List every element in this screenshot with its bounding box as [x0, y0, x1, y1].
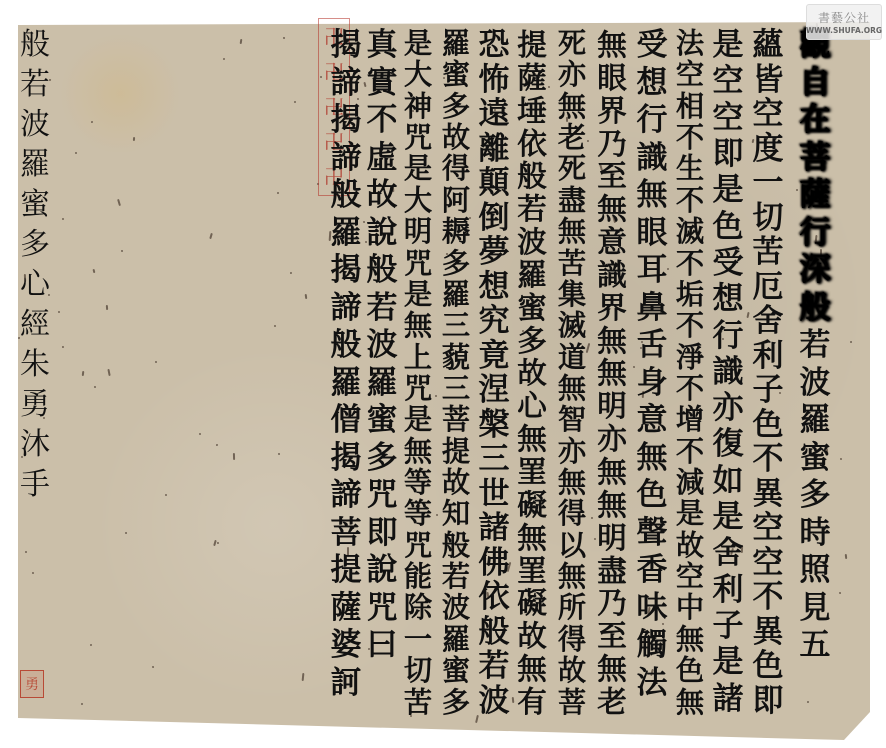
sutra-character: 菩 — [442, 406, 470, 437]
sutra-character: 子 — [753, 375, 784, 410]
paper-fleck — [290, 272, 292, 274]
sutra-character: 盡 — [558, 187, 586, 218]
sutra-character: 利 — [753, 341, 784, 376]
sutra-character: 諦 — [331, 68, 362, 106]
sutra-column: 死亦無老死盡無苦集滅道無智亦無得以無所得故菩 — [554, 30, 590, 720]
sutra-character: 恐 — [479, 30, 510, 65]
sutra-character: 厄 — [753, 272, 784, 307]
sutra-character: 中 — [676, 594, 704, 625]
sutra-character: 色 — [713, 212, 744, 248]
paper-fleck — [152, 666, 154, 668]
sutra-character: 多 — [517, 326, 547, 359]
sutra-character: 乃 — [597, 129, 627, 162]
sutra-character: 眼 — [637, 218, 668, 256]
sutra-character: 是 — [713, 502, 744, 538]
sutra-character: 波 — [800, 368, 831, 406]
sutra-character: 行 — [713, 321, 744, 357]
sutra-character: 咒 — [404, 124, 432, 155]
sutra-character: 菩 — [558, 689, 586, 720]
sutra-character: 即 — [367, 518, 398, 556]
sutra-character: 深 — [800, 255, 831, 293]
sutra-character: 多 — [442, 93, 470, 124]
sutra-character: 說 — [367, 218, 398, 256]
sutra-character: 真 — [367, 30, 398, 68]
sutra-character: 皆 — [753, 65, 784, 100]
paper-fleck — [81, 703, 83, 705]
watermark: 書藝公社 WWW.SHUFA.ORG — [806, 4, 882, 40]
sutra-character: 不 — [676, 124, 704, 155]
paper-fleck — [82, 371, 85, 377]
sutra-character: 色 — [676, 657, 704, 688]
signature-character: 手 — [20, 470, 50, 510]
sutra-character: 般 — [367, 255, 398, 293]
sutra-character: 大 — [404, 187, 432, 218]
sutra-column: 蘊皆空度一切苦厄舍利子色不異空空不異色即 — [750, 30, 786, 720]
signature-character: 沐 — [20, 430, 50, 470]
sutra-character: 礙 — [517, 490, 547, 523]
paper-fleck — [278, 453, 281, 456]
sutra-character: 法 — [676, 30, 704, 61]
sutra-character: 利 — [713, 575, 744, 611]
sutra-character: 菩 — [331, 518, 362, 556]
sutra-character: 死 — [558, 155, 586, 186]
sutra-character: 三 — [442, 375, 470, 406]
paper-fleck — [217, 542, 219, 544]
paper-fleck — [282, 37, 285, 40]
sutra-character: 受 — [637, 30, 668, 68]
sutra-character: 咒 — [404, 532, 432, 563]
sutra-character: 阿 — [442, 187, 470, 218]
sutra-character: 諦 — [331, 293, 362, 331]
sutra-character: 苦 — [404, 689, 432, 720]
sutra-character: 故 — [558, 657, 586, 688]
sutra-column: 真實不虛故說般若波羅蜜多咒即說咒曰 — [364, 30, 400, 668]
sutra-character: 空 — [753, 548, 784, 583]
sutra-character: 般 — [331, 180, 362, 218]
sutra-character: 無 — [404, 312, 432, 343]
sutra-character: 滅 — [558, 312, 586, 343]
sutra-character: 離 — [479, 134, 510, 169]
sutra-character: 咒 — [367, 480, 398, 518]
sutra-character: 是 — [404, 406, 432, 437]
sutra-character: 見 — [800, 593, 831, 631]
sutra-character: 亦 — [713, 393, 744, 429]
paper-fleck — [75, 152, 77, 154]
sutra-character: 多 — [442, 689, 470, 720]
sutra-column: 恐怖遠離顛倒夢想究竟涅槃三世諸佛依般若波 — [476, 30, 512, 720]
paper-fleck — [125, 532, 127, 534]
sutra-character: 不 — [676, 312, 704, 343]
sutra-character: 藐 — [442, 344, 470, 375]
sutra-character: 礙 — [517, 588, 547, 621]
sutra-character: 無 — [404, 438, 432, 469]
sutra-character: 多 — [800, 480, 831, 518]
sutra-column: 提薩埵依般若波羅蜜多故心無罣礙無罣礙故無有 — [514, 30, 550, 720]
paper-fleck — [91, 121, 93, 123]
sutra-character: 是 — [713, 30, 744, 66]
sutra-character: 眼 — [597, 63, 627, 96]
sutra-character: 無 — [558, 218, 586, 249]
sutra-character: 羅 — [331, 218, 362, 256]
sutra-character: 三 — [442, 312, 470, 343]
sutra-character: 空 — [753, 99, 784, 134]
sutra-character: 等 — [404, 500, 432, 531]
sutra-character: 盡 — [597, 556, 627, 589]
sutra-character: 想 — [479, 272, 510, 307]
sutra-character: 故 — [517, 358, 547, 391]
sutra-character: 亦 — [597, 424, 627, 457]
paper-fleck — [277, 192, 279, 194]
sutra-character: 色 — [753, 410, 784, 445]
sutra-character: 復 — [713, 429, 744, 465]
sutra-character: 無 — [597, 326, 627, 359]
sutra-character: 是 — [404, 30, 432, 61]
paper-fleck — [96, 22, 98, 24]
title-character: 多 — [20, 230, 50, 270]
title-character: 若 — [20, 70, 50, 110]
sutra-character: 行 — [800, 218, 831, 256]
sutra-character: 曰 — [367, 630, 398, 668]
paper-fleck — [240, 39, 243, 44]
paper-fleck — [839, 592, 841, 594]
sutra-character: 諸 — [713, 684, 744, 720]
sutra-character: 揭 — [331, 30, 362, 68]
sutra-character: 究 — [479, 306, 510, 341]
sutra-character: 增 — [676, 406, 704, 437]
sutra-character: 般 — [479, 617, 510, 652]
sutra-character: 不 — [367, 105, 398, 143]
paper-fleck — [62, 218, 64, 220]
sutra-character: 蜜 — [442, 61, 470, 92]
sutra-character: 色 — [637, 480, 668, 518]
sutra-character: 照 — [800, 555, 831, 593]
sutra-character: 是 — [713, 175, 744, 211]
signature-character: 朱 — [20, 350, 50, 390]
sutra-character: 一 — [404, 626, 432, 657]
sutra-character: 無 — [558, 93, 586, 124]
sutra-character: 舌 — [637, 330, 668, 368]
sutra-character: 大 — [404, 61, 432, 92]
paper-fleck — [93, 269, 96, 274]
sutra-character: 死 — [558, 30, 586, 61]
paper-fleck — [133, 137, 135, 141]
paper-fleck — [62, 346, 64, 348]
sutra-character: 世 — [479, 479, 510, 514]
sutra-character: 婆 — [331, 630, 362, 668]
sutra-character: 無 — [517, 424, 547, 457]
sutra-character: 羅 — [442, 30, 470, 61]
sutra-character: 香 — [637, 555, 668, 593]
sutra-character: 般 — [517, 161, 547, 194]
sutra-character: 故 — [442, 124, 470, 155]
sutra-column: 揭諦揭諦般羅揭諦般羅僧揭諦菩提薩婆訶 — [328, 30, 364, 705]
sutra-character: 若 — [479, 651, 510, 686]
sutra-character: 即 — [753, 686, 784, 721]
sutra-character: 有 — [517, 687, 547, 720]
sutra-character: 咒 — [367, 593, 398, 631]
sutra-character: 故 — [442, 469, 470, 500]
sutra-character: 淨 — [676, 344, 704, 375]
sutra-character: 亦 — [558, 438, 586, 469]
sutra-character: 得 — [558, 626, 586, 657]
sutra-character: 明 — [597, 523, 627, 556]
sutra-character: 減 — [676, 469, 704, 500]
sutra-character: 觸 — [637, 630, 668, 668]
sutra-character: 識 — [637, 143, 668, 181]
sutra-character: 羅 — [442, 626, 470, 657]
paper-fleck — [216, 444, 218, 446]
sutra-character: 時 — [800, 518, 831, 556]
sutra-character: 識 — [597, 260, 627, 293]
sutra-character: 菩 — [800, 143, 831, 181]
sutra-character: 自 — [800, 68, 831, 106]
paper-fleck — [233, 453, 235, 460]
sutra-character: 受 — [713, 248, 744, 284]
sutra-character: 無 — [558, 469, 586, 500]
sutra-character: 以 — [558, 532, 586, 563]
sutra-character: 老 — [558, 124, 586, 155]
sutra-character: 是 — [404, 281, 432, 312]
paper-fleck — [199, 432, 201, 434]
paper-fleck — [25, 551, 27, 553]
paper-fleck — [107, 369, 110, 376]
sutra-character: 滅 — [676, 218, 704, 249]
sutra-character: 無 — [597, 358, 627, 391]
sutra-character: 無 — [597, 30, 627, 63]
sutra-character: 即 — [713, 139, 744, 175]
sutra-character: 至 — [597, 621, 627, 654]
sutra-column: 受想行識無眼耳鼻舌身意無色聲香味觸法 — [634, 30, 670, 705]
sutra-character: 不 — [753, 444, 784, 479]
sutra-character: 空 — [676, 61, 704, 92]
sutra-character: 故 — [676, 532, 704, 563]
sutra-character: 若 — [800, 330, 831, 368]
sutra-character: 僧 — [331, 405, 362, 443]
sutra-character: 故 — [517, 621, 547, 654]
sutra-character: 無 — [597, 490, 627, 523]
sutra-character: 耨 — [442, 218, 470, 249]
sutra-character: 智 — [558, 406, 586, 437]
sutra-character: 想 — [637, 68, 668, 106]
sutra-character: 空 — [753, 513, 784, 548]
sutra-character: 諦 — [331, 143, 362, 181]
paper-fleck — [90, 644, 92, 646]
sutra-character: 無 — [597, 457, 627, 490]
paper-fleck — [32, 572, 34, 574]
sutra-character: 不 — [676, 438, 704, 469]
sutra-character: 咒 — [404, 250, 432, 281]
sutra-character: 意 — [597, 227, 627, 260]
paper-fleck — [223, 58, 225, 60]
sutra-character: 一 — [753, 168, 784, 203]
sutra-character: 提 — [442, 438, 470, 469]
sutra-character: 三 — [479, 444, 510, 479]
paper-fleck — [294, 101, 296, 103]
title-signature-column: 般若波羅蜜多心經朱勇沐手 — [18, 30, 52, 510]
sutra-character: 若 — [517, 194, 547, 227]
sutra-character: 切 — [404, 657, 432, 688]
sutra-character: 聲 — [637, 518, 668, 556]
sutra-character: 羅 — [367, 368, 398, 406]
sutra-character: 得 — [442, 155, 470, 186]
artist-seal: 勇 — [20, 670, 44, 698]
sutra-character: 訶 — [331, 668, 362, 706]
sutra-character: 不 — [676, 375, 704, 406]
sutra-column: 無眼界乃至無意識界無無明亦無無明盡乃至無老 — [594, 30, 630, 720]
sutra-character: 苦 — [558, 250, 586, 281]
sutra-character: 竟 — [479, 341, 510, 376]
sutra-character: 多 — [367, 443, 398, 481]
sutra-character: 想 — [713, 284, 744, 320]
paper-fleck — [845, 554, 848, 559]
title-character: 蜜 — [20, 190, 50, 230]
watermark-chinese: 書藝公社 — [818, 9, 870, 26]
sutra-character: 界 — [597, 293, 627, 326]
watermark-url: WWW.SHUFA.ORG — [806, 26, 882, 35]
sutra-character: 虛 — [367, 143, 398, 181]
sutra-character: 無 — [558, 563, 586, 594]
sutra-character: 舍 — [753, 306, 784, 341]
sutra-character: 得 — [558, 500, 586, 531]
paper-fleck — [304, 294, 307, 300]
sutra-character: 無 — [597, 654, 627, 687]
sutra-column: 法空相不生不滅不垢不淨不增不減是故空中無色無 — [672, 30, 708, 720]
sutra-character: 是 — [676, 500, 704, 531]
sutra-column: 是空空即是色受想行識亦復如是舍利子是諸 — [710, 30, 746, 720]
sutra-column: 觀自在菩薩行深般若波羅蜜多時照見五 — [797, 30, 833, 668]
sutra-character: 在 — [800, 105, 831, 143]
sutra-character: 苦 — [753, 237, 784, 272]
sutra-column: 是大神咒是大明咒是無上咒是無等等咒能除一切苦 — [400, 30, 436, 720]
sutra-character: 怖 — [479, 65, 510, 100]
sutra-character: 蜜 — [800, 443, 831, 481]
paper-fleck — [590, 517, 593, 520]
sutra-character: 如 — [713, 466, 744, 502]
paper-fleck — [106, 305, 108, 310]
sutra-character: 法 — [637, 668, 668, 706]
sutra-character: 界 — [597, 96, 627, 129]
sutra-character: 垢 — [676, 281, 704, 312]
sutra-character: 是 — [404, 155, 432, 186]
sutra-character: 上 — [404, 344, 432, 375]
sutra-character: 無 — [676, 689, 704, 720]
sutra-character: 咒 — [404, 375, 432, 406]
signature-character: 勇 — [20, 390, 50, 430]
sutra-character: 佛 — [479, 548, 510, 583]
sutra-character: 多 — [442, 250, 470, 281]
paper-fleck — [274, 325, 276, 327]
sutra-character: 波 — [442, 594, 470, 625]
sutra-character: 埵 — [517, 96, 547, 129]
sutra-character: 依 — [479, 582, 510, 617]
sutra-character: 無 — [676, 626, 704, 657]
sutra-column: 羅蜜多故得阿耨多羅三藐三菩提故知般若波羅蜜多 — [438, 30, 474, 720]
sutra-character: 空 — [713, 66, 744, 102]
sutra-character: 無 — [637, 443, 668, 481]
sutra-character: 槃 — [479, 410, 510, 445]
paper-fleck — [807, 701, 809, 703]
title-character: 般 — [20, 30, 50, 70]
paper-fleck — [120, 250, 123, 253]
paper-fleck — [213, 540, 217, 546]
sutra-character: 薩 — [517, 63, 547, 96]
sutra-character: 至 — [597, 161, 627, 194]
title-character: 經 — [20, 310, 50, 350]
sutra-character: 空 — [713, 103, 744, 139]
sutra-character: 羅 — [800, 405, 831, 443]
sutra-character: 無 — [517, 654, 547, 687]
sutra-character: 涅 — [479, 375, 510, 410]
paper-fleck — [165, 494, 167, 496]
sutra-character: 不 — [676, 187, 704, 218]
paper-fleck — [58, 310, 60, 312]
sutra-character: 異 — [753, 617, 784, 652]
sutra-character: 羅 — [517, 260, 547, 293]
sutra-character: 薩 — [800, 180, 831, 218]
sutra-character: 揭 — [331, 443, 362, 481]
sutra-character: 知 — [442, 500, 470, 531]
paper-fleck — [301, 673, 304, 681]
sutra-character: 身 — [637, 368, 668, 406]
sutra-character: 提 — [331, 555, 362, 593]
sutra-character: 切 — [753, 203, 784, 238]
sutra-character: 揭 — [331, 255, 362, 293]
sutra-character: 般 — [331, 330, 362, 368]
sutra-character: 羅 — [331, 368, 362, 406]
sutra-character: 蜜 — [517, 293, 547, 326]
sutra-character: 無 — [558, 375, 586, 406]
sutra-character: 老 — [597, 687, 627, 720]
sutra-character: 子 — [713, 611, 744, 647]
sutra-character: 諦 — [331, 480, 362, 518]
sutra-character: 罣 — [517, 556, 547, 589]
title-character: 波 — [20, 110, 50, 150]
sutra-character: 五 — [800, 630, 831, 668]
title-character: 羅 — [20, 150, 50, 190]
sutra-character: 空 — [676, 563, 704, 594]
sutra-character: 鼻 — [637, 293, 668, 331]
paper-fleck — [209, 233, 213, 240]
sutra-character: 顛 — [479, 168, 510, 203]
sutra-character: 諸 — [479, 513, 510, 548]
paper-fleck — [117, 199, 121, 206]
sutra-character: 神 — [404, 93, 432, 124]
title-character: 心 — [20, 270, 50, 310]
paper-fleck — [155, 361, 157, 363]
sutra-character: 薩 — [331, 593, 362, 631]
paper-fleck — [850, 341, 852, 343]
sutra-character: 波 — [517, 227, 547, 260]
sutra-character: 異 — [753, 479, 784, 514]
sutra-character: 般 — [800, 293, 831, 331]
paper-fleck — [746, 312, 749, 319]
sutra-character: 夢 — [479, 237, 510, 272]
sutra-character: 味 — [637, 593, 668, 631]
sutra-character: 不 — [753, 582, 784, 617]
sutra-character: 依 — [517, 129, 547, 162]
paper-fleck — [840, 458, 842, 460]
sutra-character: 心 — [517, 391, 547, 424]
sutra-character: 蜜 — [442, 657, 470, 688]
sutra-character: 無 — [637, 180, 668, 218]
sutra-character: 若 — [367, 293, 398, 331]
sutra-character: 耳 — [637, 255, 668, 293]
sutra-character: 波 — [479, 686, 510, 721]
sutra-character: 相 — [676, 93, 704, 124]
sutra-character: 等 — [404, 469, 432, 500]
sutra-character: 罣 — [517, 457, 547, 490]
sutra-character: 集 — [558, 281, 586, 312]
